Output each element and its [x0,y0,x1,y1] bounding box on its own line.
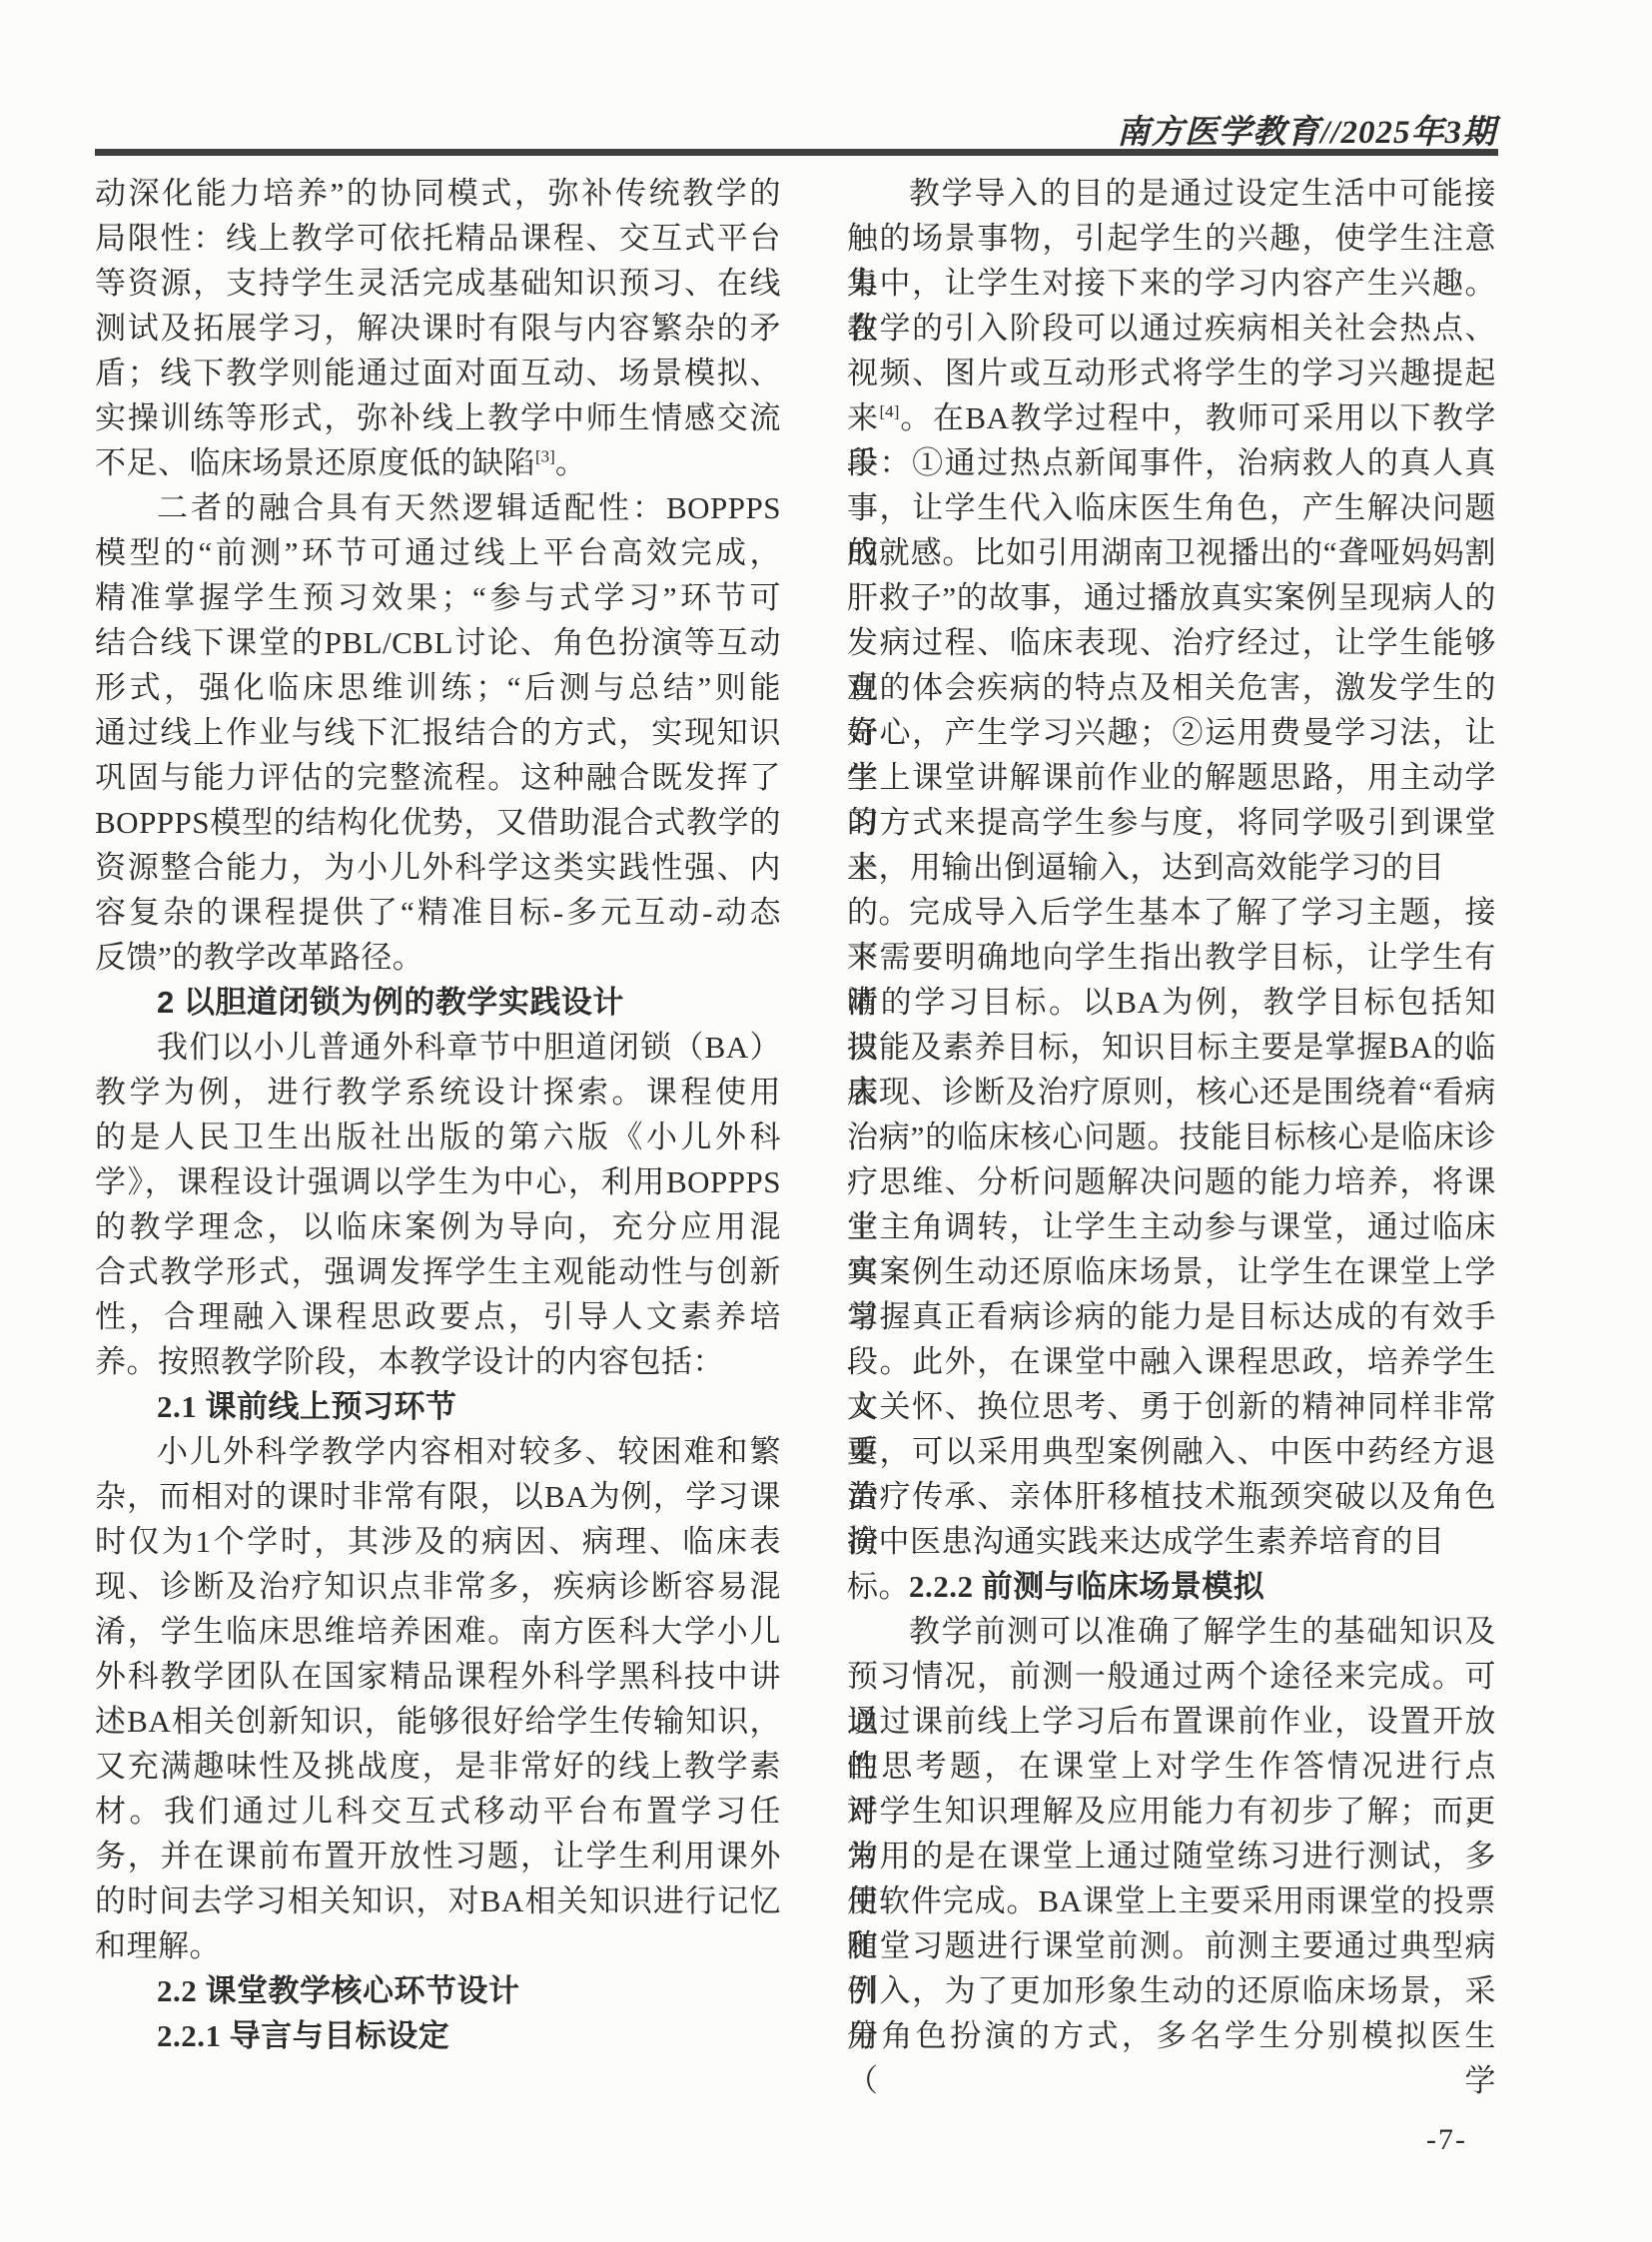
text-line: 等资源，支持学生灵活完成基础知识预习、在线 [95,261,781,306]
text-line: 现、诊断及治疗知识点非常多，疾病诊断容易混 [95,1564,781,1609]
text-line: 学》，课程设计强调以学生为中心，利用BOPPPS [95,1159,781,1204]
text-line: 来，用输出倒逼输入，达到高效能学习的目的。 [847,845,1496,890]
text-line: 肝救子”的故事，通过播放真实案例呈现病人的 [847,575,1496,620]
text-line: 演中医患沟通实践来达成学生素养培育的目标。 [847,1519,1496,1564]
text-line: 通过线上作业与线下汇报结合的方式，实现知识 [95,710,781,755]
text-line: 表现、诊断及治疗原则，核心还是围绕着“看病 [847,1070,1496,1115]
text-line: 段。此外，在课堂中融入课程思政，培养学生人 [847,1339,1496,1384]
text-line: 容复杂的课程提供了“精准目标-多元互动-动态 [95,890,781,935]
text-line: 晰的学习目标。以BA为例，教学目标包括知识、 [847,980,1496,1025]
journal-page: 南方医学教育//2025年3期 动深化能力培养”的协同模式，弥补传统教学的局限性… [0,0,1652,2242]
text-line: 形式，强化临床思维训练；“后测与总结”则能 [95,665,781,710]
text-line: 结合线下课堂的PBL/CBL讨论、角色扮演等互动 [95,620,781,665]
text-line: 务，并在课前布置开放性习题，让学生利用课外 [95,1834,781,1878]
text-line: 淆，学生临床思维培养困难。南方医科大学小儿 [95,1609,781,1654]
text-line: 生上课堂讲解课前作业的解题思路，用主动学习 [847,755,1496,800]
text-line: 资源整合能力，为小儿外科学这类实践性强、内 [95,845,781,890]
section-heading: 2.2 课堂教学核心环节设计 [95,1968,781,2013]
section-heading: 2 以胆道闭锁为例的教学实践设计 [95,980,781,1025]
text-line: 随堂习题进行课堂前测。前测主要通过典型病例 [847,1923,1496,1968]
text-line: 观的体会疾病的特点及相关危害，激发学生的好 [847,665,1496,710]
section-heading: 2.2.2 前测与临床场景模拟 [847,1564,1496,1609]
text-line: 治病”的临床核心问题。技能目标核心是临床诊 [847,1115,1496,1159]
text-line: 触的场景事物，引起学生的兴趣，使学生注意力 [847,216,1496,261]
text-line: 发病过程、临床表现、治疗经过，让学生能够直 [847,620,1496,665]
text-line: 事，让学生代入临床医生角色，产生解决问题的 [847,485,1496,530]
text-line: 又充满趣味性及挑战度，是非常好的线上教学素 [95,1744,781,1789]
text-line: 段：①通过热点新闻事件，治病救人的真人真 [847,440,1496,485]
text-line: 引入，为了更加形象生动的还原临床场景，采用 [847,1968,1496,2013]
text-line: 疗思维、分析问题解决问题的能力培养，将课堂 [847,1159,1496,1204]
text-line: 来需要明确地向学生指出教学目标，让学生有清 [847,935,1496,980]
text-line: 通过课前线上学习后布置课前作业，设置开放性 [847,1699,1496,1744]
text-line: 对学生知识理解及应用能力有初步了解；而更为 [847,1789,1496,1834]
text-line: 的思考题，在课堂上对学生作答情况进行点评， [847,1744,1496,1789]
text-line: 分角色扮演的方式，多名学生分别模拟医生（学 [847,2013,1496,2058]
text-line: BOPPPS模型的结构化优势，又借助混合式教学的 [95,800,781,845]
text-line: 来[4]。在BA教学过程中，教师可采用以下教学手 [847,395,1496,440]
text-line: 二者的融合具有天然逻辑适配性：BOPPPS [95,485,781,530]
text-line: 杂，而相对的课时非常有限，以BA为例，学习课 [95,1474,781,1519]
text-line: 预习情况，前测一般通过两个途径来完成。可以 [847,1654,1496,1699]
text-line: 文关怀、换位思考、勇于创新的精神同样非常重 [847,1384,1496,1429]
text-line: 合式教学形式，强调发挥学生主观能动性与创新 [95,1249,781,1294]
text-line: 的时间去学习相关知识，对BA相关知识进行记忆 [95,1878,781,1923]
text-line: 奇心，产生学习兴趣；②运用费曼学习法，让学 [847,710,1496,755]
page-number: -7- [1426,2123,1467,2157]
text-line: 反馈”的教学改革路径。 [95,935,781,980]
text-line: 养。按照教学阶段，本教学设计的内容包括： [95,1339,781,1384]
text-line: 集中，让学生对接下来的学习内容产生兴趣。在 [847,261,1496,306]
text-line: 和理解。 [95,1923,781,1968]
section-heading: 2.2.1 导言与目标设定 [95,2013,781,2058]
left-column: 动深化能力培养”的协同模式，弥补传统教学的局限性：线上教学可依托精品课程、交互式… [95,171,781,2058]
text-line: 材。我们通过儿科交互式移动平台布置学习任 [95,1789,781,1834]
text-line: 局限性：线上教学可依托精品课程、交互式平台 [95,216,781,261]
text-line: 视频、图片或互动形式将学生的学习兴趣提起 [847,351,1496,395]
text-line: 上主角调转，让学生主动参与课堂，通过临床真 [847,1204,1496,1249]
text-line: 我们以小儿普通外科章节中胆道闭锁（BA） [95,1025,781,1070]
citation-marker: [4] [880,402,900,421]
text-line: 实操训练等形式，弥补线上教学中师生情感交流 [95,395,781,440]
text-line: 要，可以采用典型案例融入、中医中药经方退黄 [847,1429,1496,1474]
journal-header: 南方医学教育//2025年3期 [1117,106,1496,153]
text-line: 不足、临床场景还原度低的缺陷[3]。 [95,440,781,485]
text-line: 的方式来提高学生参与度，将同学吸引到课堂上 [847,800,1496,845]
text-line: 巩固与能力评估的完整流程。这种融合既发挥了 [95,755,781,800]
text-line: 的教学理念，以临床案例为导向，充分应用混 [95,1204,781,1249]
text-line: 动深化能力培养”的协同模式，弥补传统教学的 [95,171,781,216]
text-line: 实案例生动还原临床场景，让学生在课堂上学习 [847,1249,1496,1294]
text-line: 教学前测可以准确了解学生的基础知识及 [847,1609,1496,1654]
text-line: 盾；线下教学则能通过面对面互动、场景模拟、 [95,351,781,395]
text-line: 成就感。比如引用湖南卫视播出的“聋哑妈妈割 [847,530,1496,575]
text-line: 教学为例，进行教学系统设计探索。课程使用 [95,1070,781,1115]
text-line: 模型的“前测”环节可通过线上平台高效完成， [95,530,781,575]
text-line: 用软件完成。BA课堂上主要采用雨课堂的投票和 [847,1878,1496,1923]
text-line: 教学的引入阶段可以通过疾病相关社会热点、 [847,306,1496,351]
text-line: 性，合理融入课程思政要点，引导人文素养培 [95,1294,781,1339]
right-column: 教学导入的目的是通过设定生活中可能接触的场景事物，引起学生的兴趣，使学生注意力集… [847,171,1496,2058]
text-line: 掌握真正看病诊病的能力是目标达成的有效手 [847,1294,1496,1339]
text-line: 时仅为1个学时，其涉及的病因、病理、临床表 [95,1519,781,1564]
citation-marker: [3] [535,447,555,466]
text-line: 精准掌握学生预习效果；“参与式学习”环节可 [95,575,781,620]
section-heading: 2.1 课前线上预习环节 [95,1384,781,1429]
text-line: 的是人民卫生出版社出版的第六版《小儿外科 [95,1115,781,1159]
text-line: 常用的是在课堂上通过随堂练习进行测试，多使 [847,1834,1496,1878]
text-line: 小儿外科学教学内容相对较多、较困难和繁 [95,1429,781,1474]
text-line: 述BA相关创新知识，能够很好给学生传输知识， [95,1699,781,1744]
text-line: 测试及拓展学习，解决课时有限与内容繁杂的矛 [95,306,781,351]
text-line: 完成导入后学生基本了解了学习主题，接下 [847,890,1496,935]
text-line: 治疗传承、亲体肝移植技术瓶颈突破以及角色扮 [847,1474,1496,1519]
text-line: 技能及素养目标，知识目标主要是掌握BA的临床 [847,1025,1496,1070]
text-line: 外科教学团队在国家精品课程外科学黑科技中讲 [95,1654,781,1699]
header-rule [95,149,1498,156]
text-line: 教学导入的目的是通过设定生活中可能接 [847,171,1496,216]
